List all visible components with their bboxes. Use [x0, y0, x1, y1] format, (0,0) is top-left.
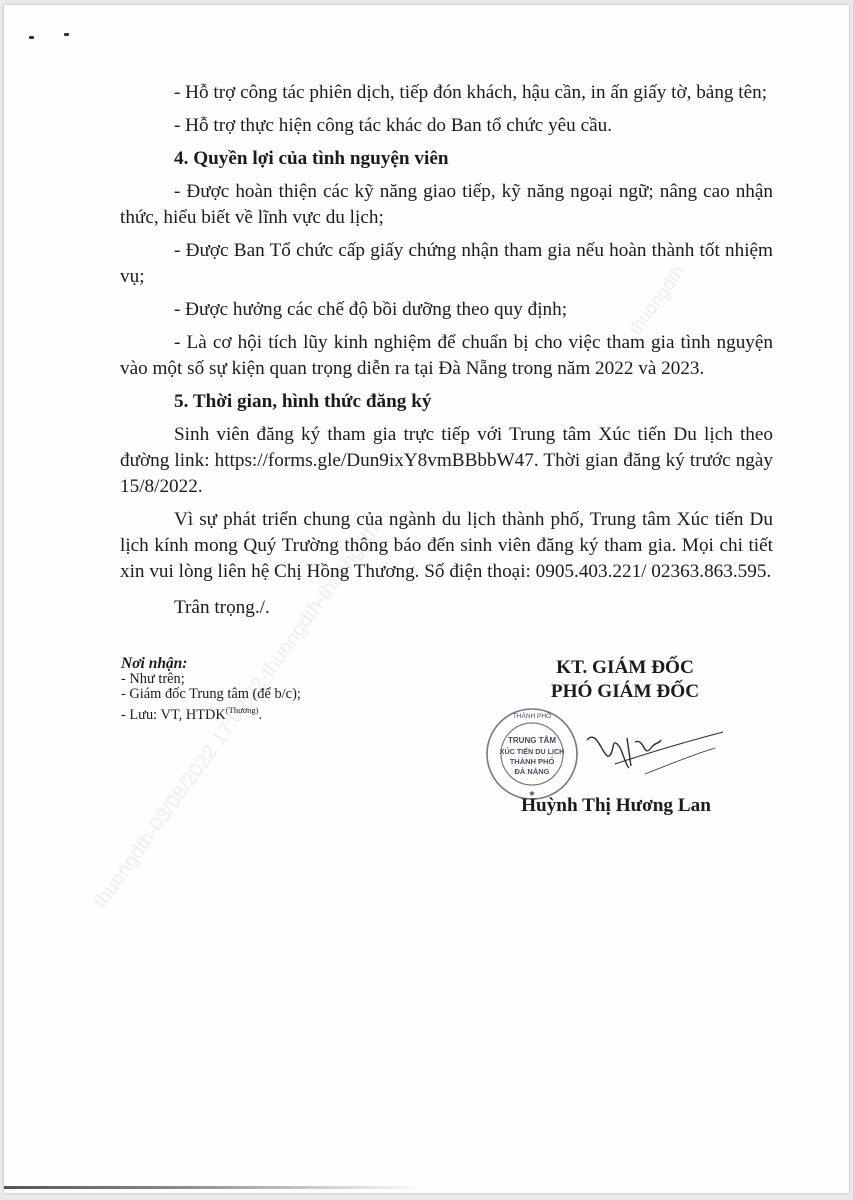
recipient-item: - Như trên; — [121, 672, 301, 688]
benefit-item: - Được Ban Tổ chức cấp giấy chứng nhận t… — [120, 238, 773, 290]
section-heading-registration: 5. Thời gian, hình thức đăng ký — [120, 389, 773, 415]
benefit-item: - Được hoàn thiện các kỹ năng giao tiếp,… — [120, 179, 773, 231]
handwritten-signature-icon — [585, 718, 725, 778]
contact-paragraph: Vì sự phát triển chung của ngành du lịch… — [120, 507, 773, 585]
signature-title-line1: KT. GIÁM ĐỐC — [515, 656, 735, 680]
signer-name: Huỳnh Thị Hương Lan — [496, 795, 736, 817]
svg-text:ĐÀ NẴNG: ĐÀ NẴNG — [515, 767, 550, 776]
signature-title-line2: PHÓ GIÁM ĐỐC — [515, 680, 735, 704]
task-item: - Hỗ trợ thực hiện công tác khác do Ban … — [120, 113, 773, 139]
closing-salutation: Trân trọng./. — [120, 595, 773, 621]
recipients-block: Nơi nhận: - Như trên; - Giám đốc Trung t… — [121, 656, 301, 723]
section-heading-benefits: 4. Quyền lợi của tình nguyện viên — [120, 146, 773, 172]
svg-text:TRUNG TÂM: TRUNG TÂM — [508, 736, 556, 745]
signature-title-block: KT. GIÁM ĐỐC PHÓ GIÁM ĐỐC — [515, 656, 735, 704]
svg-text:THÀNH PHỐ: THÀNH PHỐ — [510, 756, 555, 766]
svg-text:XÚC TIẾN DU LỊCH: XÚC TIẾN DU LỊCH — [500, 746, 565, 756]
official-seal-icon: TRUNG TÂM XÚC TIẾN DU LỊCH THÀNH PHỐ ĐÀ … — [484, 706, 580, 802]
document-body: - Hỗ trợ công tác phiên dịch, tiếp đón k… — [120, 80, 773, 621]
registration-paragraph: Sinh viên đăng ký tham gia trực tiếp với… — [120, 422, 773, 500]
benefit-item: - Là cơ hội tích lũy kinh nghiệm để chuẩ… — [120, 330, 773, 382]
page-edge-shadow — [4, 1186, 424, 1189]
task-item: - Hỗ trợ công tác phiên dịch, tiếp đón k… — [120, 80, 773, 106]
recipients-title: Nơi nhận: — [121, 656, 301, 672]
recipient-item-archive: - Lưu: VT, HTDK(Thương). — [121, 703, 301, 723]
archive-superscript: (Thương) — [226, 705, 259, 715]
recipient-item: - Giám đốc Trung tâm (để b/c); — [121, 687, 301, 703]
benefit-item: - Được hưởng các chế độ bồi dưỡng theo q… — [120, 297, 773, 323]
